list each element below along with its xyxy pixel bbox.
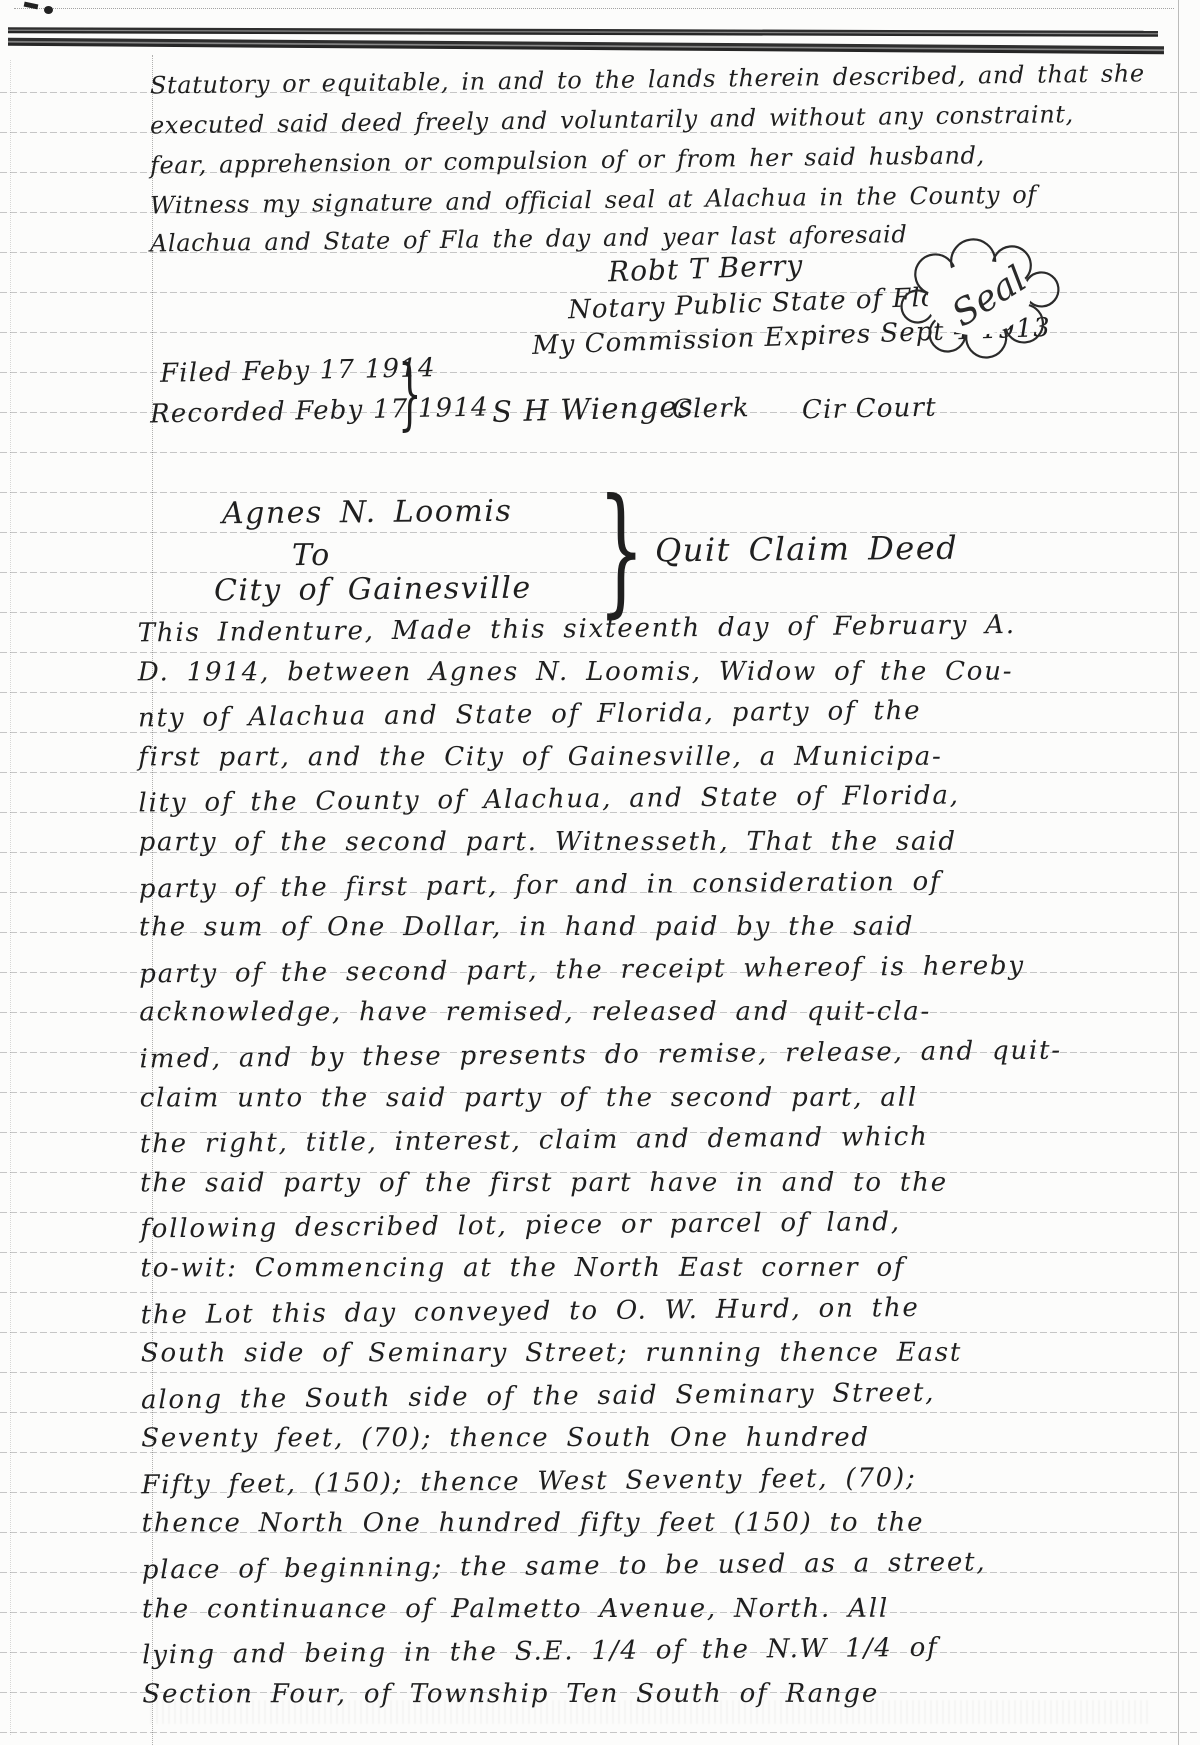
deed-line: party of the second part, the receipt wh… <box>139 944 1059 995</box>
top-dotted-rule <box>14 8 1174 9</box>
deed-line: Seventy feet, (70); thence South One hun… <box>141 1417 1061 1460</box>
scanned-deed-page: Statutory or equitable, in and to the la… <box>0 0 1200 1745</box>
right-edge-rule <box>1178 0 1179 1745</box>
deed-line: This Indenture, Made this sixteenth day … <box>137 604 1057 655</box>
deed-line: party of the first part, for and in cons… <box>139 859 1059 910</box>
deed-line: lying and being in the S.E. 1/4 of the N… <box>142 1626 1062 1677</box>
deed-line: claim unto the said party of the second … <box>140 1076 1060 1119</box>
scan-artifact <box>44 6 53 14</box>
filing-brace: } <box>398 348 422 439</box>
deed-line: to-wit: Commencing at the North East cor… <box>140 1247 1060 1290</box>
deed-line: the right, title, interest, claim and de… <box>140 1115 1060 1166</box>
grantor-name: Agnes N. Loomis <box>222 494 513 532</box>
deed-line: acknowledge, have remised, released and … <box>139 991 1059 1034</box>
clerk-title: Clerk <box>672 393 750 425</box>
deed-line: Fifty feet, (150); thence West Seventy f… <box>141 1455 1061 1506</box>
deed-line: the sum of One Dollar, in hand paid by t… <box>139 906 1059 949</box>
grantee-name: City of Gainesville <box>214 571 532 609</box>
filed-date: Filed Feby 17 1914 <box>160 353 436 389</box>
deed-line: thence North One hundred fifty feet (150… <box>142 1502 1062 1545</box>
deed-line: D. 1914, between Agnes N. Loomis, Widow … <box>138 650 1058 693</box>
instrument-type: Quit Claim Deed <box>655 529 958 570</box>
top-bar-lower <box>8 38 1164 54</box>
left-edge-rule <box>10 60 11 1735</box>
deed-line: first part, and the City of Gainesville,… <box>138 735 1058 778</box>
clerk-signature: S H Wienges <box>492 389 695 429</box>
deed-line: lity of the County of Alachua, and State… <box>138 774 1058 825</box>
deed-line: the said party of the first part have in… <box>140 1161 1060 1204</box>
deed-line: the Lot this day conveyed to O. W. Hurd,… <box>140 1285 1060 1336</box>
deed-line: party of the second part. Witnesseth, Th… <box>139 821 1059 864</box>
deed-line: the continuance of Palmetto Avenue, Nort… <box>142 1587 1062 1630</box>
deed-line: imed, and by these presents do remise, r… <box>139 1030 1059 1081</box>
deed-body-text: This Indenture, Made this sixteenth day … <box>138 606 1063 1717</box>
deed-line: along the South side of the said Seminar… <box>141 1370 1061 1421</box>
notary-seal-drawing: Seal <box>887 223 1072 372</box>
deed-line: South side of Seminary Street; running t… <box>141 1332 1061 1375</box>
deed-line: nty of Alachua and State of Florida, par… <box>138 689 1058 740</box>
deed-line: place of beginning; the same to be used … <box>142 1541 1062 1592</box>
court-name: Cir Court <box>802 393 937 426</box>
caption-connector: To <box>292 538 331 573</box>
caption-brace: } <box>598 468 645 631</box>
deed-line: following described lot, piece or parcel… <box>140 1200 1060 1251</box>
deed-line: Section Four, of Township Ten South of R… <box>142 1672 1062 1715</box>
notary-signature: Robt T Berry <box>607 249 803 289</box>
top-bar-upper <box>8 27 1158 37</box>
